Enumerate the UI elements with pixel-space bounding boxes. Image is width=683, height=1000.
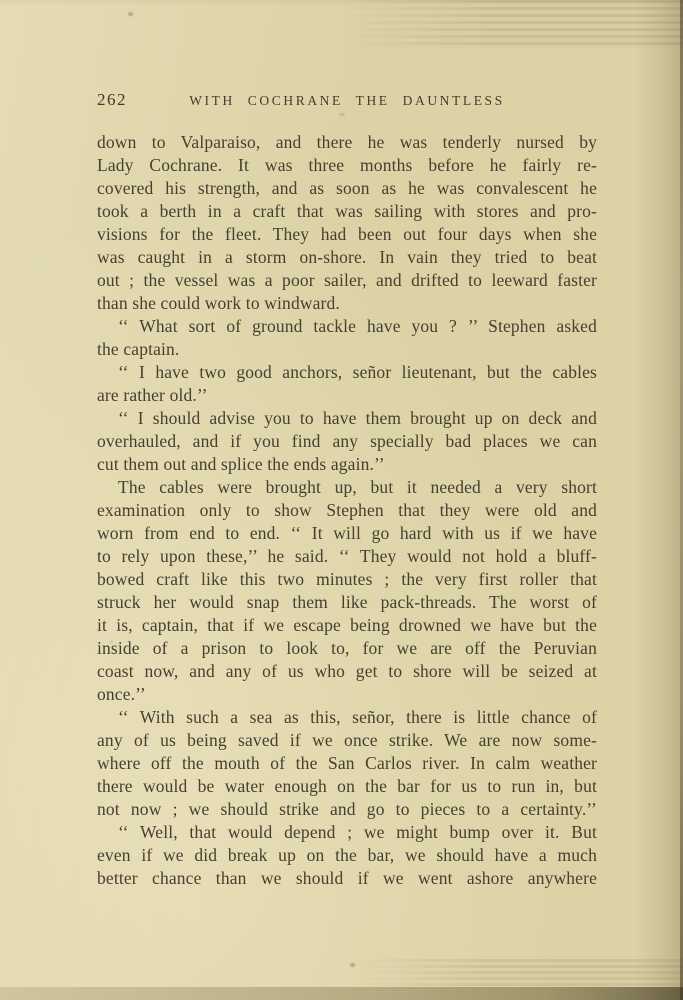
text-line: The cables were brought up, but it neede… xyxy=(97,476,597,499)
text-line: struck her would snap them like pack-thr… xyxy=(97,591,597,614)
text-line: to rely upon these,’’ he said. ‘‘ They w… xyxy=(97,545,597,568)
scan-streak-bottom xyxy=(353,959,683,987)
text-line: out ; the vessel was a poor sailer, and … xyxy=(97,269,597,292)
paper-speck xyxy=(339,113,345,116)
text-line: overhauled, and if you find any speciall… xyxy=(97,430,597,453)
text-line: worn from end to end. ‘‘ It will go hard… xyxy=(97,522,597,545)
text-line: once.’’ xyxy=(97,683,597,706)
running-title: WITH COCHRANE THE DAUNTLESS xyxy=(97,93,597,109)
body-text: down to Valparaiso, and there he was ten… xyxy=(97,131,597,890)
text-line: ‘‘ With such a sea as this, señor, there… xyxy=(97,706,597,729)
text-line: down to Valparaiso, and there he was ten… xyxy=(97,131,597,154)
text-line: covered his strength, and as soon as he … xyxy=(97,177,597,200)
text-line: any of us being saved if we once strike.… xyxy=(97,729,597,752)
page-bottom-shadow xyxy=(0,987,683,1000)
page-header: 262 WITH COCHRANE THE DAUNTLESS xyxy=(97,90,597,112)
paper-speck xyxy=(128,12,133,16)
text-line: coast now, and any of us who get to shor… xyxy=(97,660,597,683)
text-line: better chance than we should if we went … xyxy=(97,867,597,890)
paper-speck xyxy=(350,963,355,967)
text-line: visions for the fleet. They had been out… xyxy=(97,223,597,246)
text-line: ‘‘ I should advise you to have them brou… xyxy=(97,407,597,430)
text-line: than she could work to windward. xyxy=(97,292,597,315)
text-line: inside of a prison to look to, for we ar… xyxy=(97,637,597,660)
text-line: took a berth in a craft that was sailing… xyxy=(97,200,597,223)
text-line: cut them out and splice the ends again.’… xyxy=(97,453,597,476)
text-line: ‘‘ I have two good anchors, señor lieute… xyxy=(97,361,597,384)
scan-streak-top xyxy=(343,0,683,48)
text-line: Lady Cochrane. It was three months befor… xyxy=(97,154,597,177)
text-line: ‘‘ Well, that would depend ; we might bu… xyxy=(97,821,597,844)
text-line: bowed craft like this two minutes ; the … xyxy=(97,568,597,591)
text-line: the captain. xyxy=(97,338,597,361)
text-line: it is, captain, that if we escape being … xyxy=(97,614,597,637)
text-line: are rather old.’’ xyxy=(97,384,597,407)
text-line: ‘‘ What sort of ground tackle have you ?… xyxy=(97,315,597,338)
text-line: where off the mouth of the San Carlos ri… xyxy=(97,752,597,775)
text-line: there would be water enough on the bar f… xyxy=(97,775,597,798)
text-line: even if we did break up on the bar, we s… xyxy=(97,844,597,867)
book-page: 262 WITH COCHRANE THE DAUNTLESS down to … xyxy=(0,0,683,1000)
text-line: examination only to show Stephen that th… xyxy=(97,499,597,522)
text-line: not now ; we should strike and go to pie… xyxy=(97,798,597,821)
text-line: was caught in a storm on-shore. In vain … xyxy=(97,246,597,269)
